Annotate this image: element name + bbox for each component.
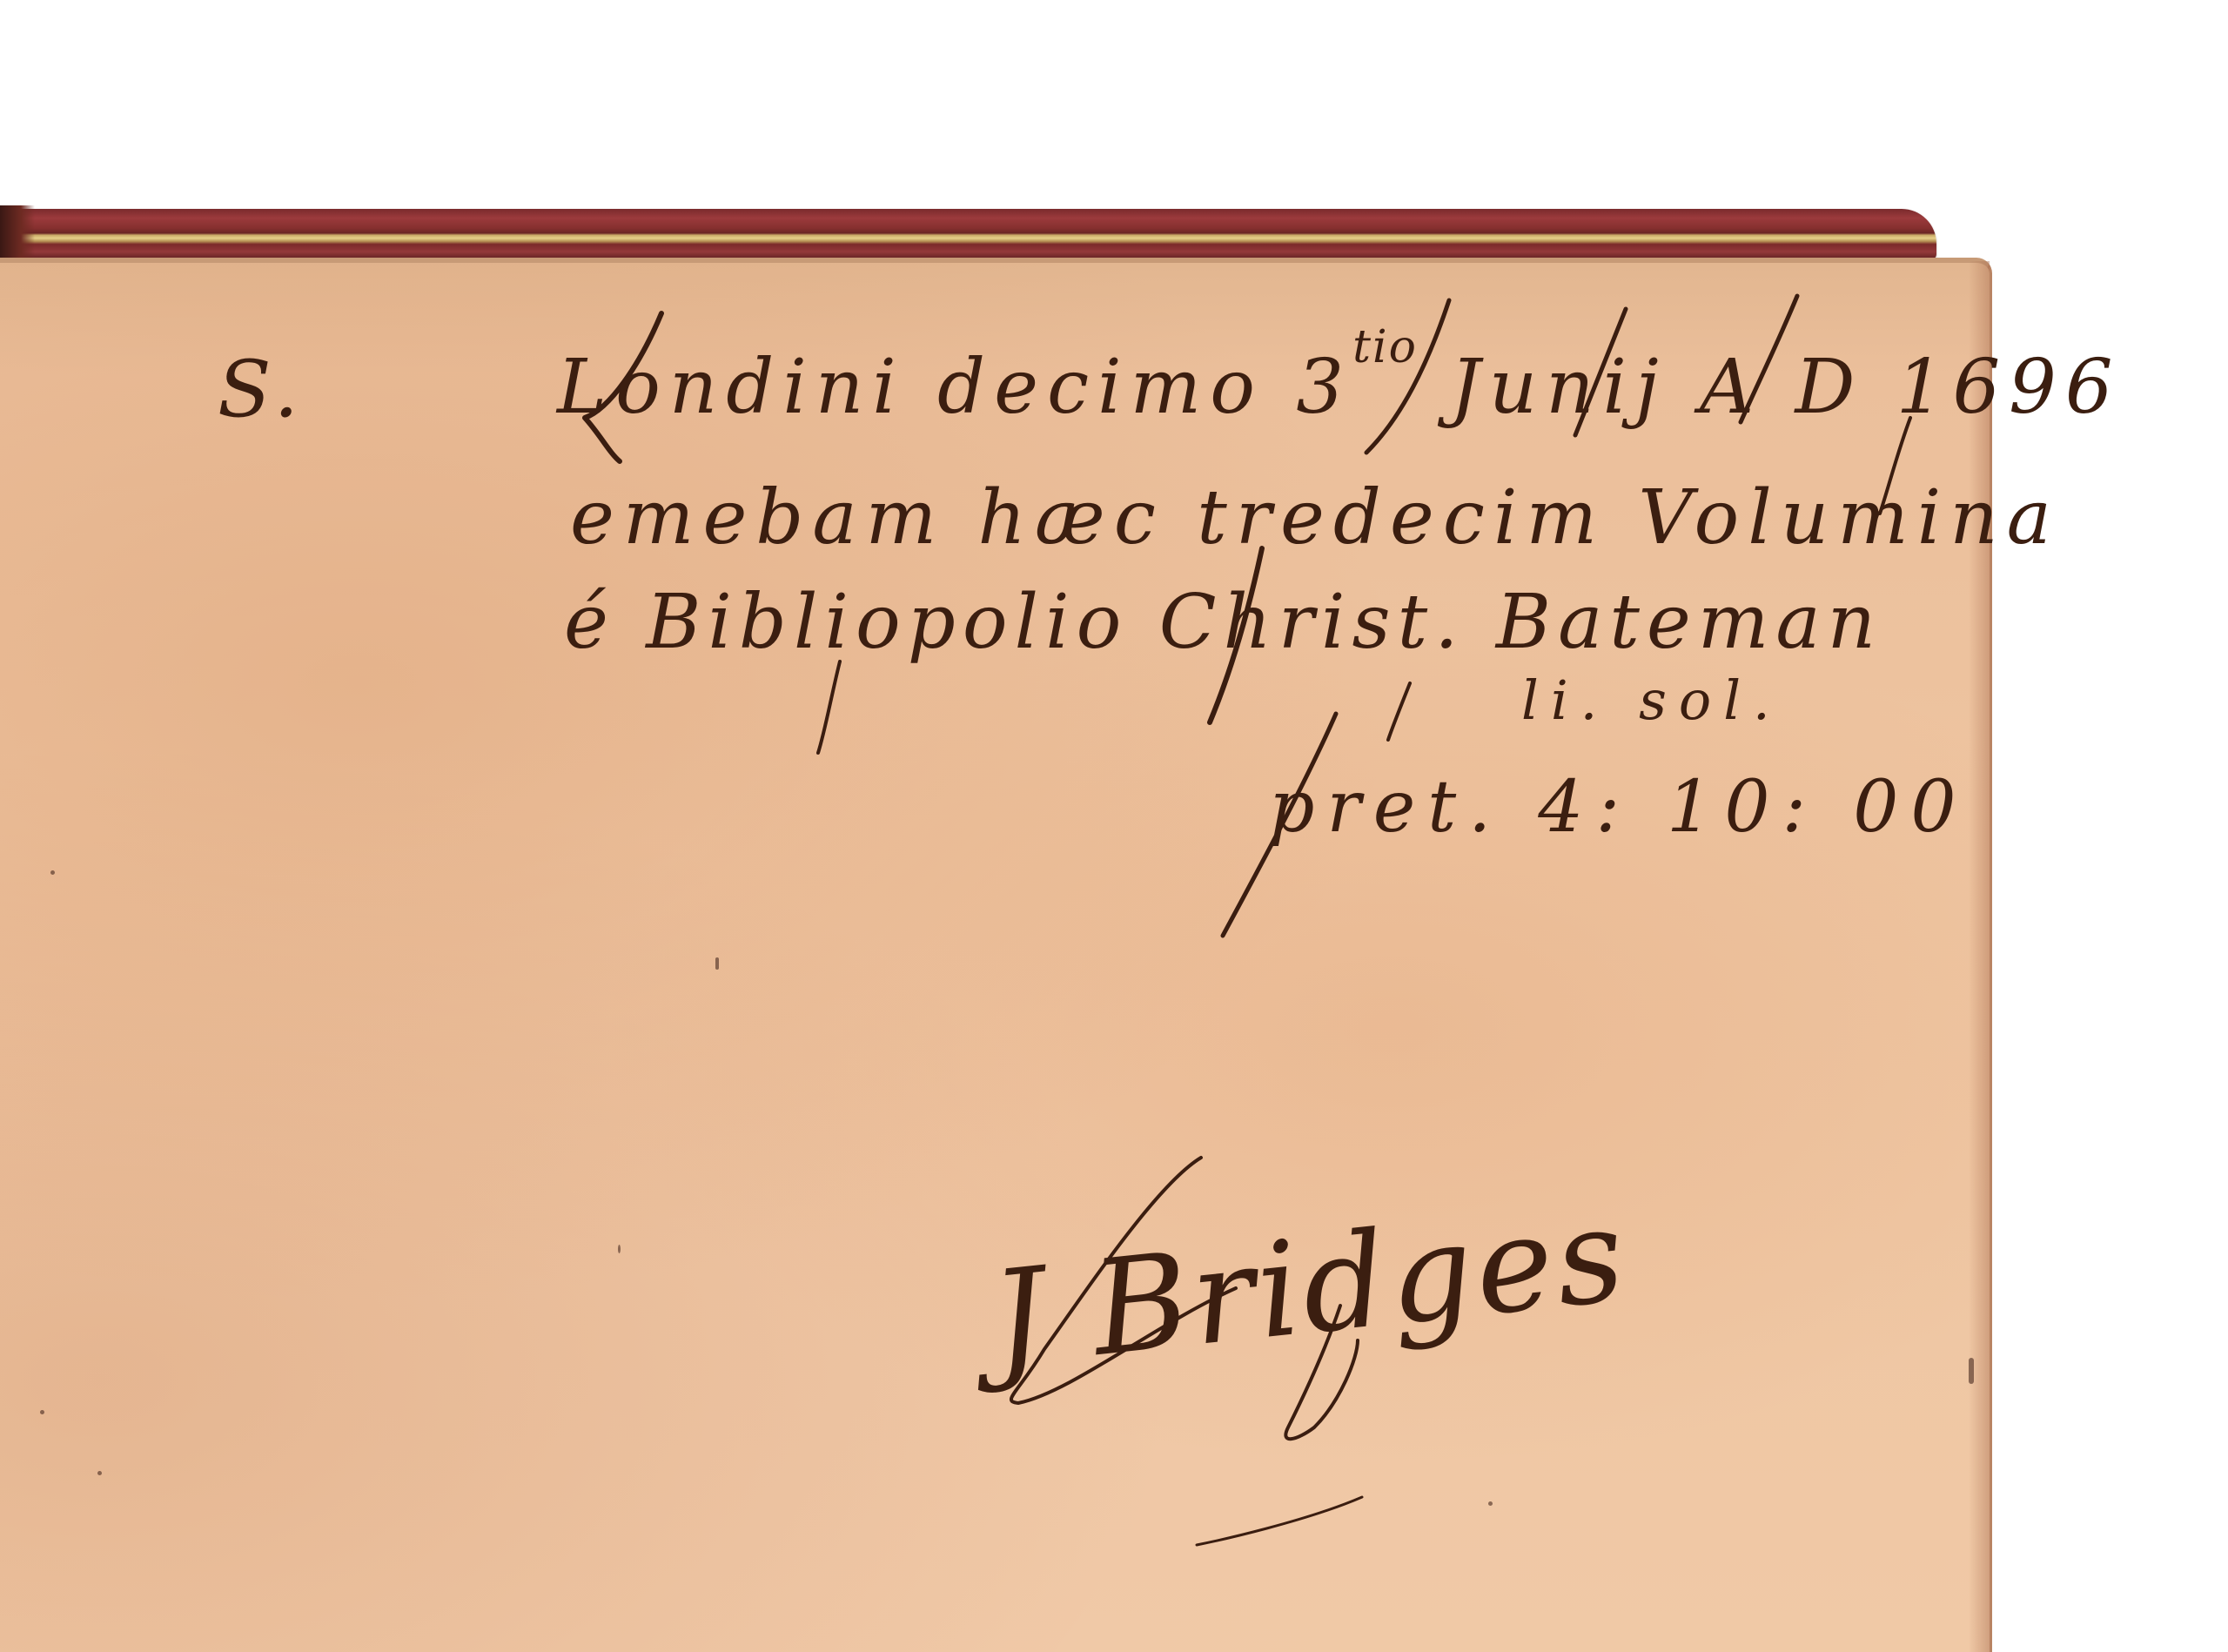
- inscription-line-1-month-year: Junij A D 1696: [1450, 344, 2121, 431]
- shelfmark: S.: [218, 344, 304, 435]
- inscription-line-2: emebam hæc tredecim Volumina: [570, 474, 2060, 561]
- inscription-line-1: Londini decimo 3tio Junij A D 1696: [557, 344, 2122, 431]
- price-currency-units: li. sol.: [1521, 668, 1782, 732]
- inscription-line-3: é Bibliopolio Christ. Bateman: [564, 579, 1882, 666]
- purchase-price: pret. 4: 10: 00: [1269, 766, 1969, 849]
- inscription-ordinal-superscript: tio: [1352, 321, 1418, 373]
- inscription-line-1-place-date: Londini decimo 3: [557, 344, 1352, 431]
